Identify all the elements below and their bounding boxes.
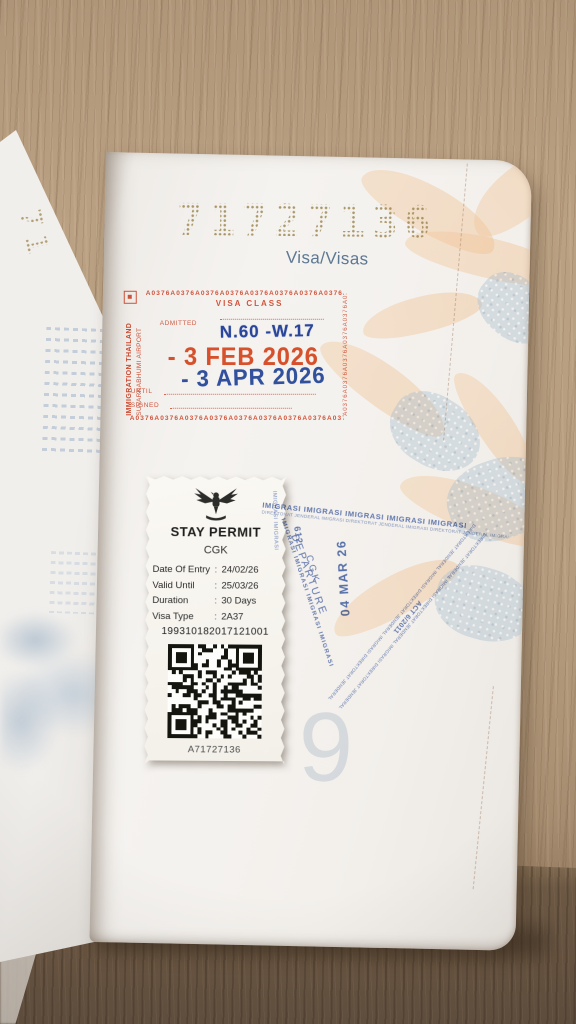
act-reference: ACT 6/2011 — [331, 527, 483, 707]
sticker-title: STAY PERMIT — [146, 524, 286, 540]
stamp-microtext-border: A0376A0376A0376A0376A0376A0376A0376A0376… — [130, 415, 344, 422]
flower-petal-print — [358, 283, 485, 347]
field-row: Visa Type : 2A37 — [152, 610, 278, 622]
qr-code — [167, 644, 262, 739]
stay-permit-sticker: STAY PERMIT CGK Date Of Entry : 24/02/26… — [144, 476, 286, 765]
garuda-pancasila-icon — [192, 482, 240, 524]
flight-code-stamp: N.60 -W.17 — [220, 321, 315, 343]
passport-photo: 71 9 71727136 Visa/Visas A0376A0376A0376… — [0, 0, 576, 1024]
perforated-number-left-page: 71 — [12, 206, 57, 264]
admitted-label: ADMITTED — [160, 320, 197, 327]
until-label: UNTIL — [131, 388, 153, 395]
stay-permit-sticker-body: STAY PERMIT CGK Date Of Entry : 24/02/26… — [144, 476, 286, 765]
field-row: Duration : 30 Days — [152, 595, 278, 607]
field-row: Date Of Entry : 24/02/26 — [153, 564, 279, 576]
dotted-line — [170, 408, 292, 409]
thailand-arrival-stamp: A0376A0376A0376A0376A0376A0376A0376A0376… — [124, 290, 350, 422]
passport-right-page: 9 71727136 Visa/Visas A0376A0376A0376A03… — [89, 152, 531, 951]
stamp-authority-label: IMMIGRATION THAILAND — [126, 298, 133, 416]
until-date-stamp: - 3 APR 2026 — [181, 362, 326, 393]
departure-stamp: IMIGRASI IMIGRASI IMIGRASI IMIGRASI IMIG… — [268, 503, 488, 708]
visa-page-label: Visa/Visas — [286, 248, 369, 270]
signed-label: SIGNED — [131, 402, 160, 409]
stamp-microtext-border: A0376A0376A0376A0376A0376A0376 — [343, 294, 349, 416]
security-microprint-line — [473, 686, 494, 889]
stamp-microtext-border: A0376A0376A0376A0376A0376A0376A0376A0376… — [146, 290, 344, 297]
visa-class-label: VISA CLASS — [216, 299, 284, 308]
dotted-line — [220, 319, 324, 320]
stamp-airport-label: SUVARNABHUMI AIRPORT — [136, 298, 143, 416]
departure-date: 04 MAR 26 — [334, 532, 353, 625]
field-row: Valid Until : 25/03/26 — [152, 579, 278, 591]
permit-number: 199310182017121001 — [145, 626, 285, 638]
sticker-fields: Date Of Entry : 24/02/26 Valid Until : 2… — [152, 564, 278, 627]
sticker-serial-number: A71727136 — [144, 744, 284, 756]
dotted-line — [164, 394, 316, 395]
page-number-watermark: 9 — [297, 690, 354, 804]
perforated-passport-number: 71727136 — [176, 195, 436, 249]
sticker-port: CGK — [146, 544, 286, 557]
